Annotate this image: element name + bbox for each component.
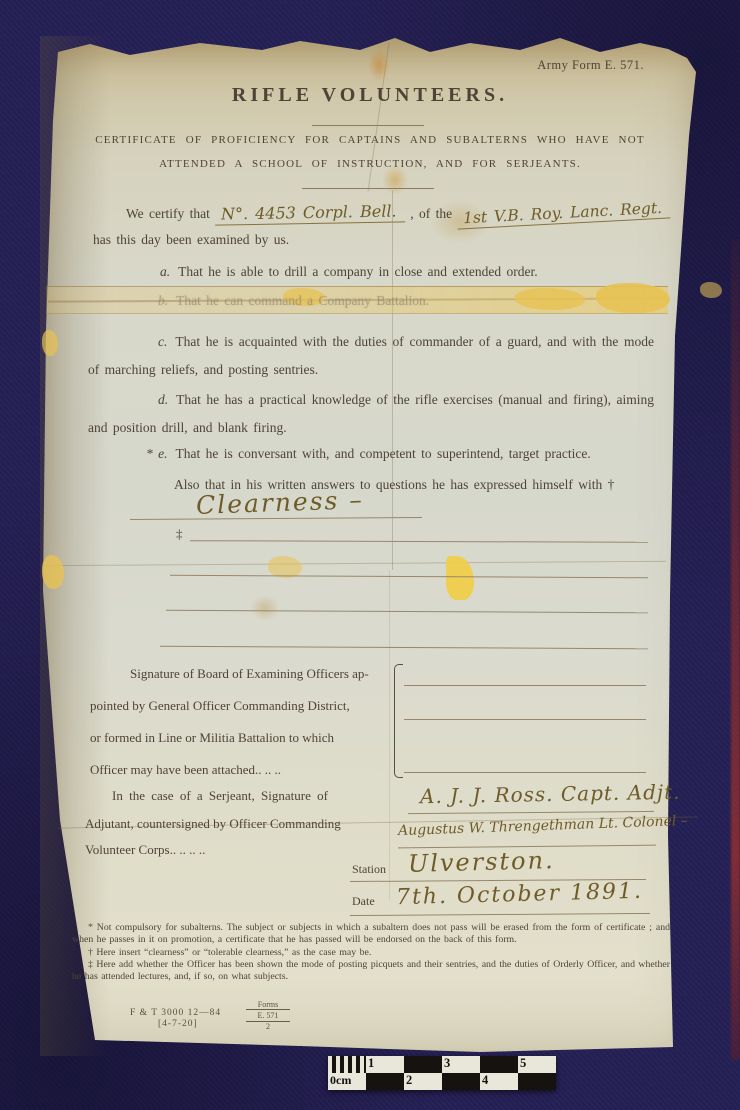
subtitle-line-1: CERTIFICATE OF PROFICIENCY FOR CAPTAINS …: [70, 134, 670, 146]
clause-e-text: That he is conversant with, and competen…: [176, 446, 591, 461]
tape-repair: [700, 282, 722, 298]
photographic-scale-bar: 1 3 5 0cm 2 4: [328, 1056, 556, 1090]
board-line-4: Officer may have been attached.. .. ..: [90, 762, 281, 778]
stain: [250, 595, 280, 621]
certify-of-the: , of the: [410, 206, 452, 221]
printers-code: F & T 3000 12—84: [130, 1008, 221, 1018]
clearness-handwritten: Clearness –: [196, 485, 365, 520]
footnote-3: ‡ Here add whether the Officer has been …: [72, 959, 670, 983]
station-handwritten: Ulverston.: [408, 846, 555, 878]
document-title: RIFLE VOLUNTEERS.: [90, 84, 650, 107]
clause-a: a.That he is able to drill a company in …: [160, 264, 538, 280]
scale-number-5: 5: [518, 1056, 556, 1073]
certify-tail: has this day been examined by us.: [93, 232, 289, 248]
footnotes: * Not compulsory for subalterns. The sub…: [72, 922, 670, 984]
tape-repair: [42, 555, 64, 589]
subtitle-line-2: ATTENDED A SCHOOL OF INSTRUCTION, AND FO…: [70, 158, 670, 170]
clause-c-text: That he is acquainted with the duties of…: [88, 334, 654, 377]
scale-black-cell: [442, 1073, 480, 1090]
board-line-3: or formed in Line or Militia Battalion t…: [90, 730, 334, 746]
vertical-crease: [389, 570, 390, 900]
certify-line: We certify that N°. 4453 Corpl. Bell. , …: [126, 203, 671, 224]
adjutant-signature-handwritten: A. J. J. Ross. Capt. Adjt.: [420, 780, 681, 809]
scale-number-4: 4: [480, 1073, 518, 1090]
tape-repair: [515, 288, 585, 310]
stain: [368, 48, 390, 82]
signature-rule: [404, 772, 646, 773]
date-label: Date: [352, 894, 375, 909]
clause-d-letter: d.: [158, 392, 168, 407]
board-line-2: pointed by General Officer Commanding Di…: [90, 698, 350, 714]
signature-rule: [404, 685, 646, 686]
serjeant-line-1: In the case of a Serjeant, Signature of: [112, 788, 328, 804]
footnote-1: * Not compulsory for subalterns. The sub…: [72, 922, 670, 946]
scale-bar-top-row: 1 3 5: [328, 1056, 556, 1073]
scale-black-cell: [518, 1073, 556, 1090]
scale-ruler-marks: [328, 1056, 366, 1073]
clause-e-letter: * e.: [146, 446, 168, 461]
double-dagger-mark: ‡: [176, 526, 183, 542]
forms-number: E. 571: [246, 1009, 290, 1022]
photograph-background: Army Form E. 571. RIFLE VOLUNTEERS. CERT…: [0, 0, 740, 1110]
title-rule: [312, 125, 424, 126]
form-number: Army Form E. 571.: [537, 58, 644, 73]
clause-b-letter: b.: [158, 293, 168, 308]
tape-repair: [596, 283, 670, 313]
clause-b: b.That he can command a Company Battalio…: [158, 293, 429, 309]
scale-black-cell: [404, 1056, 442, 1073]
footnote-2: † Here insert “clearness” or “tolerable …: [72, 947, 670, 959]
scale-number-2: 2: [404, 1073, 442, 1090]
red-edge-object: [731, 240, 740, 1060]
scale-unit-label: 0cm: [328, 1073, 366, 1090]
subtitle-rule: [302, 188, 434, 189]
scale-black-cell: [480, 1056, 518, 1073]
signature-rule: [404, 719, 646, 720]
scale-black-cell: [366, 1073, 404, 1090]
tape-repair: [42, 330, 58, 356]
clause-a-text: That he is able to drill a company in cl…: [178, 264, 538, 279]
clause-a-letter: a.: [160, 264, 170, 279]
clause-c: c.That he is acquainted with the duties …: [88, 328, 654, 384]
recruit-name-handwritten: N°. 4453 Corpl. Bell.: [215, 201, 405, 225]
forms-fraction: Forms E. 571 2: [246, 1000, 290, 1031]
certify-lead: We certify that: [126, 206, 210, 221]
serjeant-line-3: Volunteer Corps.. .. .. ..: [85, 842, 205, 858]
clause-d: d.That he has a practical knowledge of t…: [88, 386, 654, 442]
scale-bar-bottom-row: 0cm 2 4: [328, 1073, 556, 1090]
clause-b-text: That he can command a Company Battalion.: [176, 293, 429, 308]
brace: [394, 664, 403, 778]
clause-d-text: That he has a practical knowledge of the…: [88, 392, 654, 435]
scale-number-3: 3: [442, 1056, 480, 1073]
forms-denominator: 2: [246, 1022, 290, 1031]
clause-e: * e.That he is conversant with, and comp…: [146, 446, 591, 462]
scale-number-1: 1: [366, 1056, 404, 1073]
station-label: Station: [352, 862, 386, 877]
serjeant-line-2: Adjutant, countersigned by Officer Comma…: [85, 816, 341, 832]
forms-label: Forms: [246, 1000, 290, 1009]
clause-c-letter: c.: [158, 334, 167, 349]
printers-bracket: [4-7-20]: [158, 1019, 198, 1029]
board-line-1: Signature of Board of Examining Officers…: [130, 666, 369, 682]
